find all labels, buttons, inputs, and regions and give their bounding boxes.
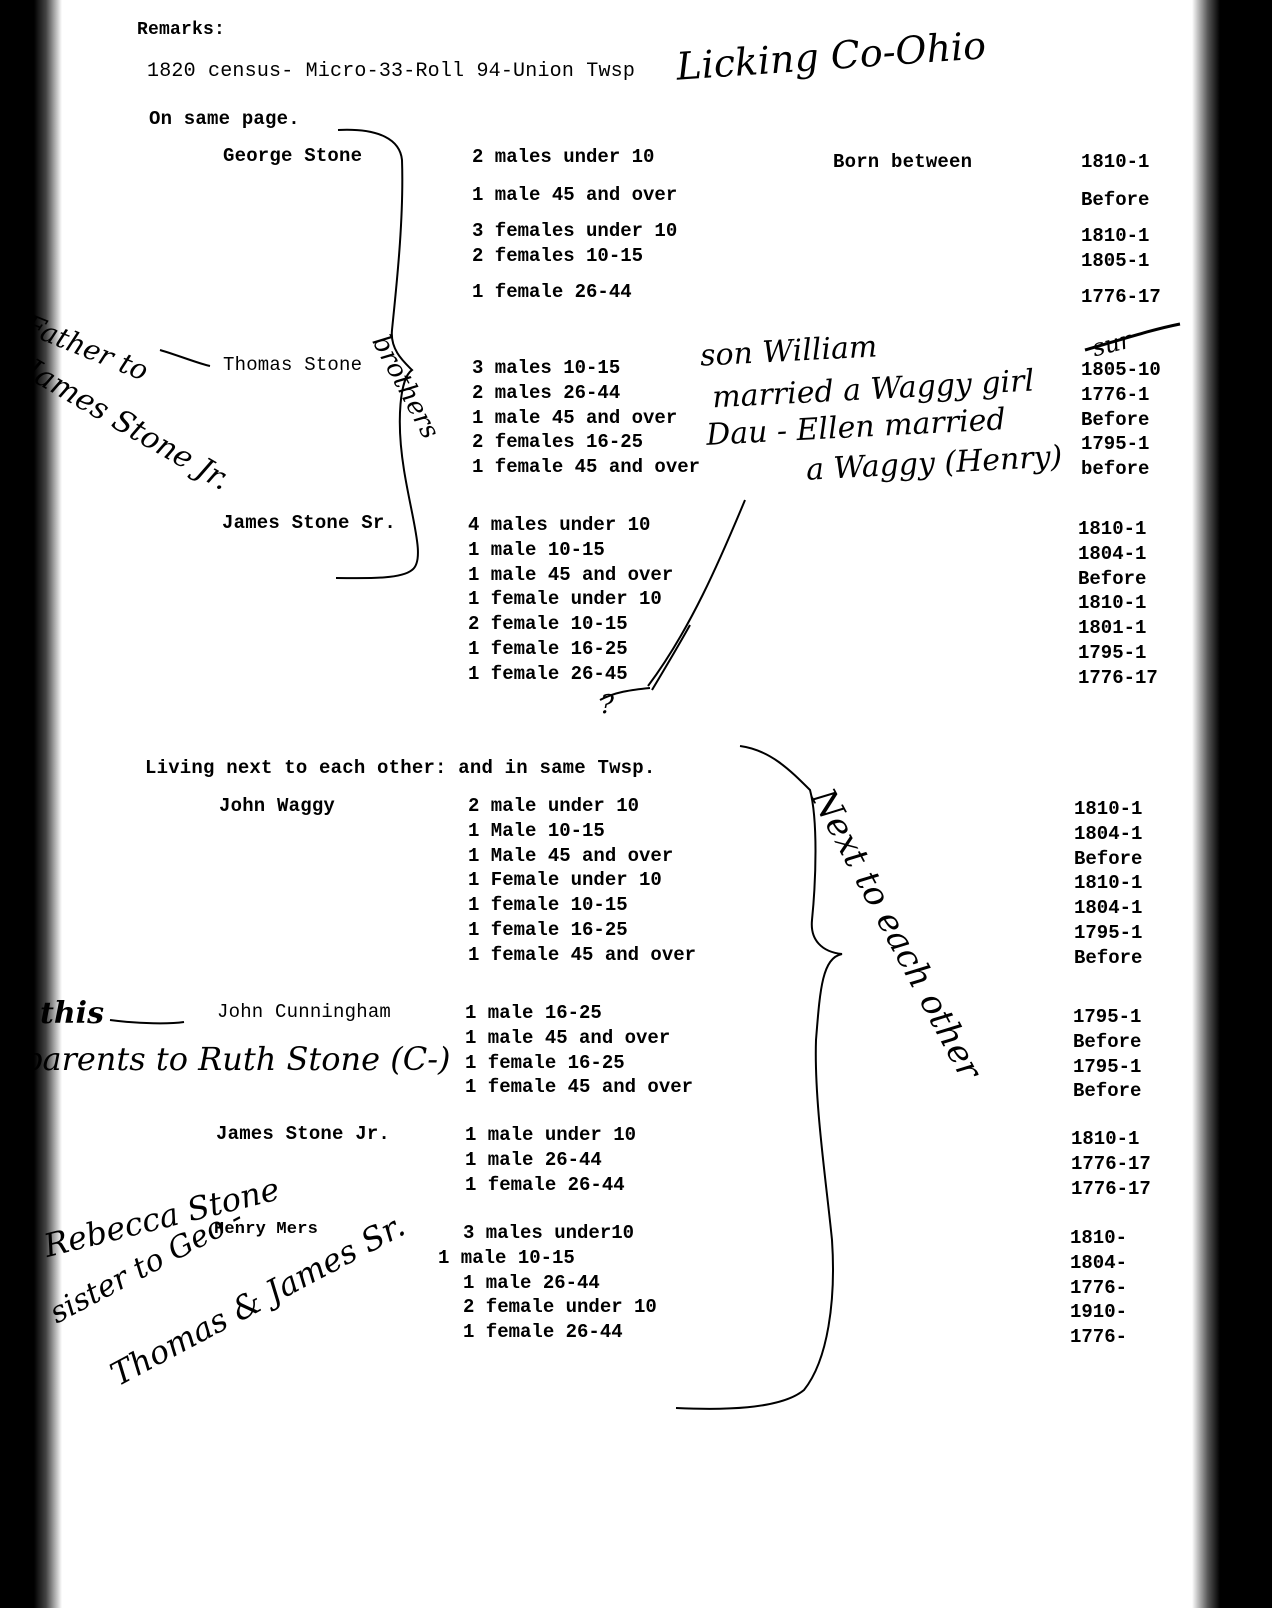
document-page: Remarks: 1820 census- Micro-33-Roll 94-U… [0,0,1272,1608]
annotation-this: this [40,996,104,1031]
annotation-question-mark: ? [600,690,614,720]
annotation-parents-to-ruth: parents to Ruth Stone (C-) [22,1040,451,1078]
handwritten-brackets [0,0,1272,1608]
